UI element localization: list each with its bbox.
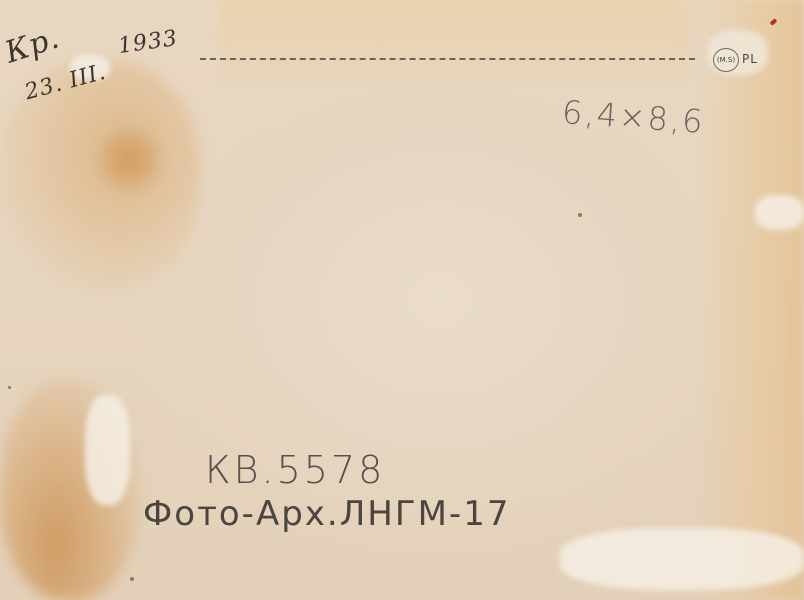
torn-paper-patch-right [755, 195, 804, 230]
glue-stain-right-edge [700, 0, 804, 600]
pencil-size-note: 6,4×8,6 [561, 93, 706, 141]
stamp-initials: PL [742, 52, 758, 66]
dotted-divider-line [200, 58, 695, 60]
torn-paper-patch-bottom [560, 528, 804, 590]
glue-stain-top [220, 0, 690, 80]
torn-paper-patch-left [85, 395, 130, 505]
pencil-inventory-number: КВ.5578 [205, 448, 385, 492]
paper-speck [578, 213, 582, 217]
paper-speck [8, 386, 11, 389]
paper-speck [130, 577, 134, 581]
photo-back-card: Кр. 23. III. 1933 (M.S) PL 6,4×8,6 КВ.55… [0, 0, 804, 600]
pencil-archive-note: Фото-Арх.ЛНГМ-17 [143, 494, 510, 534]
handwritten-signature: Кр. [1, 20, 64, 70]
circular-stamp-icon: (M.S) [713, 48, 739, 72]
glue-stain-left-mid [100, 130, 160, 190]
handwritten-date-year: 1933 [117, 26, 180, 59]
